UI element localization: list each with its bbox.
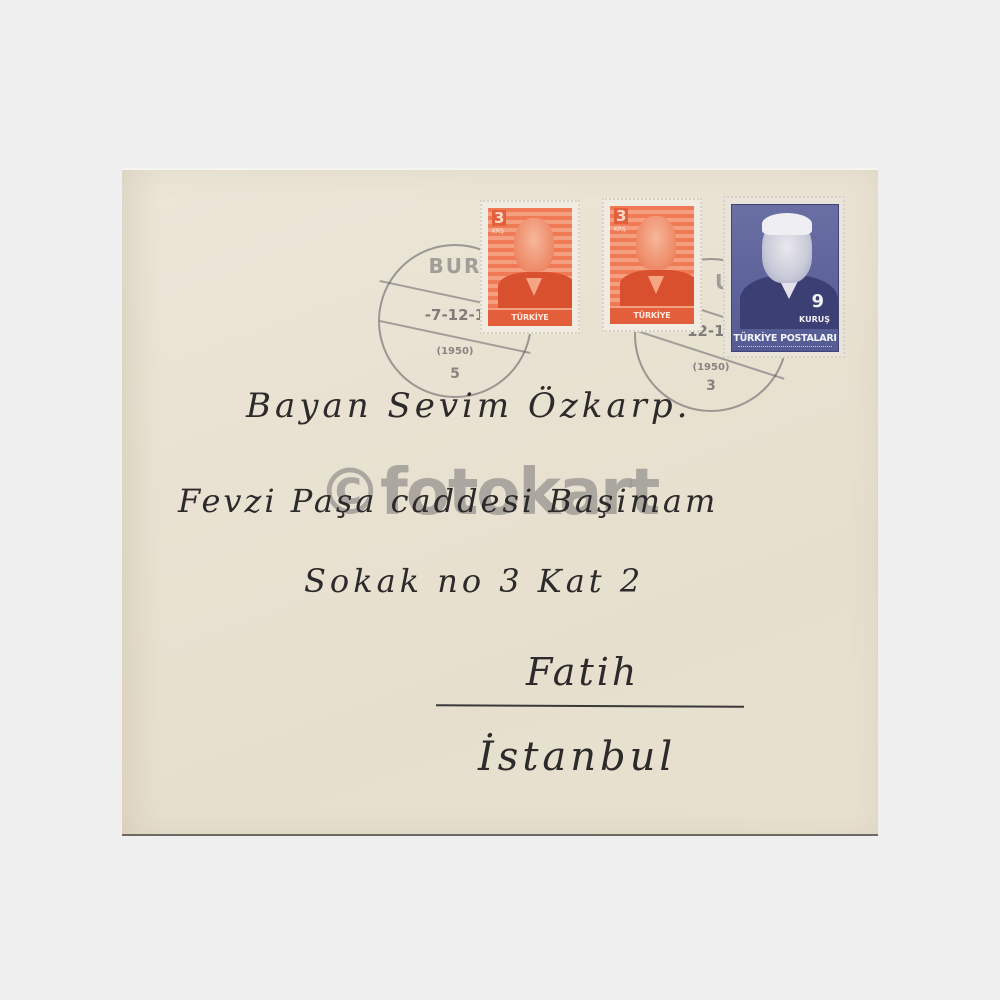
stamp-unit: KRŞ [492, 228, 504, 235]
stamp-design: 3 KRŞ TÜRKİYE POSTALARI [610, 206, 694, 324]
stamp-design: 3 KRŞ TÜRKİYE POSTALARI [488, 208, 572, 326]
envelope-fold-shading [122, 170, 162, 834]
address-line-recipient: Bayan Sevim Özkarp. [246, 386, 691, 426]
address-line-district: Fatih [526, 650, 639, 694]
address-line-street: Fevzi Paşa caddesi Başimam [178, 482, 718, 520]
address-line-building: Sokak no 3 Kat 2 [304, 562, 644, 600]
stamp-value: 9 [811, 291, 824, 312]
stamp-country: TÜRKİYE POSTALARI [610, 308, 694, 324]
stamp-design: 9 KURUŞ TÜRKİYE POSTALARI [731, 204, 839, 352]
stamp-unit: KURUŞ [799, 315, 830, 324]
stamp-value: 3 [614, 208, 628, 224]
stamp-3-kurus-1: 3 KRŞ TÜRKİYE POSTALARI [480, 200, 580, 334]
portrait-head-icon [514, 218, 554, 272]
stamp-country: TÜRKİYE POSTALARI [732, 331, 838, 347]
stamp-unit: KRŞ [614, 226, 626, 233]
stamp-country: TÜRKİYE POSTALARI [488, 310, 572, 326]
portrait-head-icon [636, 216, 676, 270]
stamp-3-kurus-2: 3 KRŞ TÜRKİYE POSTALARI [602, 198, 702, 332]
hair-shape [762, 213, 812, 235]
stamp-imprint [738, 346, 832, 351]
stamp-9-kurus: 9 KURUŞ TÜRKİYE POSTALARI [723, 196, 845, 358]
address-line-city: İstanbul [478, 734, 676, 780]
stamp-value: 3 [492, 210, 506, 226]
